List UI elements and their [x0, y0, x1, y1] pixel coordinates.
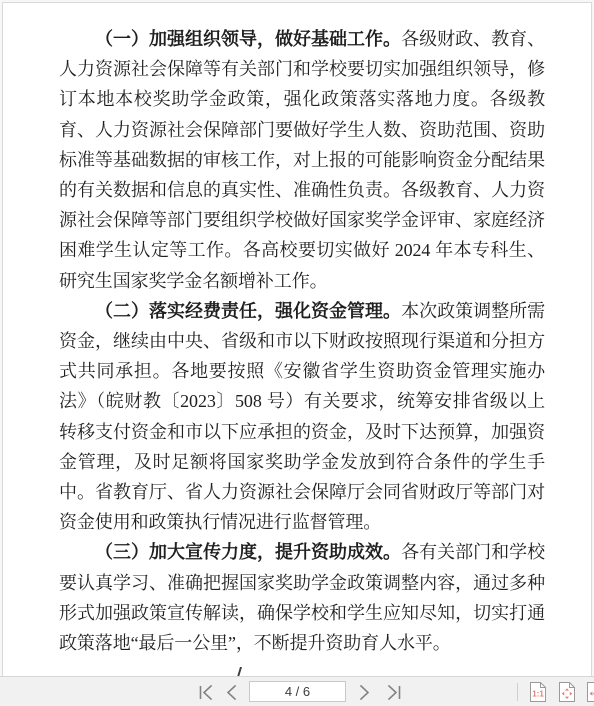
paragraph-2-heading: （二）落实经费责任，强化资金管理。: [95, 301, 401, 321]
paragraph-3-heading: （三）加大宣传力度，提升资助成效。: [95, 542, 401, 562]
first-page-button[interactable]: [197, 685, 214, 700]
document-text: （一）加强组织领导，做好基础工作。各级财政、教育、人力资源社会保障等有关部门和学…: [59, 24, 545, 658]
last-page-icon: [386, 688, 403, 703]
toolbar-divider: [517, 683, 518, 701]
fit-width-icon: [586, 691, 594, 706]
fit-page-icon: [558, 691, 576, 706]
viewer-window: { "page": { "paragraphs": [ { "heading":…: [0, 0, 594, 706]
chevron-left-icon: [224, 688, 237, 703]
last-page-button[interactable]: [386, 685, 403, 700]
first-page-icon: [197, 688, 214, 703]
paragraph-1: （一）加强组织领导，做好基础工作。各级财政、教育、人力资源社会保障等有关部门和学…: [59, 24, 545, 296]
svg-text:1:1: 1:1: [532, 690, 544, 699]
actual-size-button[interactable]: 1:1: [529, 681, 547, 703]
annotation-mark: [236, 667, 244, 676]
next-page-button[interactable]: [359, 685, 372, 700]
page-number-input[interactable]: [249, 681, 346, 702]
paragraph-1-body: 各级财政、教育、人力资源社会保障等有关部门和学校要切实加强组织领导，修订本地本校…: [59, 29, 545, 291]
pager-toolbar: 1:1: [0, 676, 594, 706]
paragraph-2-body: 本次政策调整所需资金，继续由中央、省级和市以下财政按照现行渠道和分担方式共同承担…: [59, 301, 545, 532]
actual-size-icon: 1:1: [529, 691, 547, 706]
paragraph-2: （二）落实经费责任，强化资金管理。本次政策调整所需资金，继续由中央、省级和市以下…: [59, 296, 545, 538]
prev-page-button[interactable]: [224, 685, 237, 700]
chevron-right-icon: [359, 688, 372, 703]
document-page: （一）加强组织领导，做好基础工作。各级财政、教育、人力资源社会保障等有关部门和学…: [2, 2, 592, 676]
paragraph-1-heading: （一）加强组织领导，做好基础工作。: [95, 29, 401, 49]
paragraph-3: （三）加大宣传力度，提升资助成效。各有关部门和学校要认真学习、准确把握国家奖助学…: [59, 537, 545, 658]
fit-page-button[interactable]: [558, 681, 576, 703]
fit-width-button[interactable]: [586, 681, 594, 703]
